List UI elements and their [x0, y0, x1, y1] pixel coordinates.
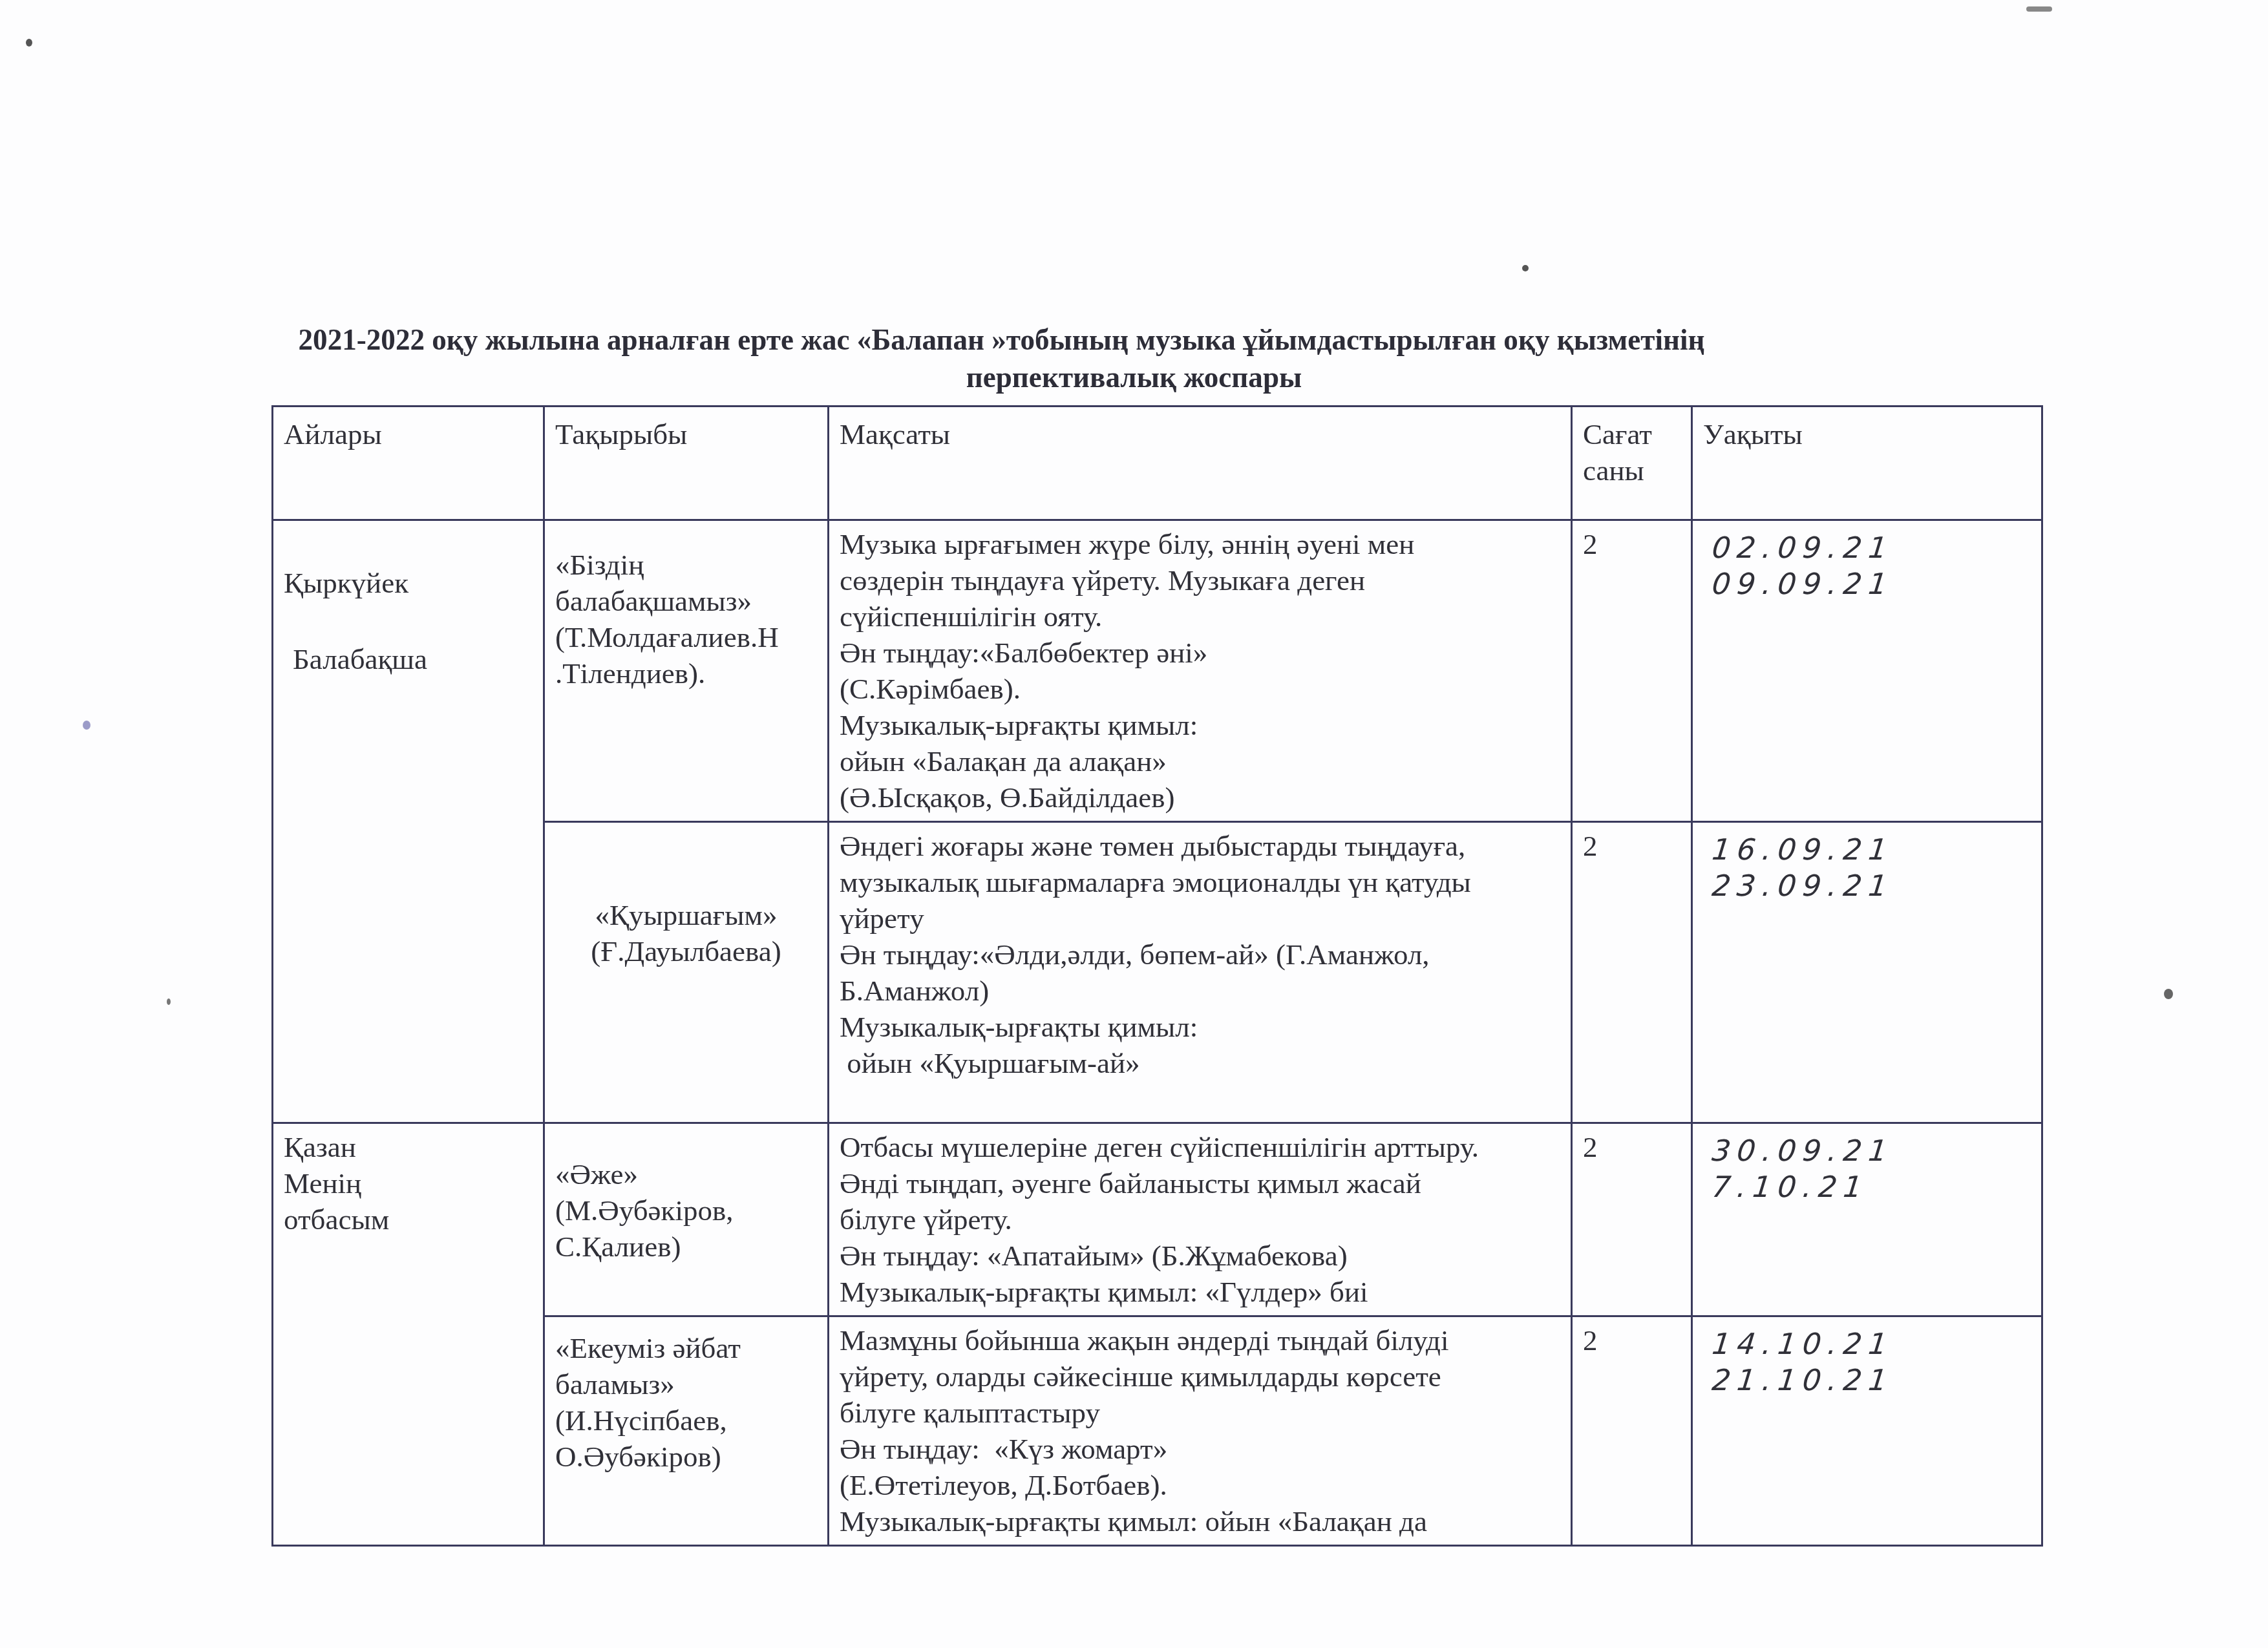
goal-line: Отбасы мүшелеріне деген сүйіспеншілігін … [840, 1129, 1560, 1165]
topic-line: С.Қалиев) [555, 1229, 817, 1265]
goal-line: үйрету, оларды сәйкесінше қимылдарды көр… [840, 1358, 1560, 1395]
topic-line: балабақшамыз» [555, 583, 817, 619]
date-entry: 14.10.21 [1710, 1326, 2033, 1362]
month-theme-line1: Менің [284, 1165, 533, 1201]
header-time: Уақыты [1692, 407, 2042, 520]
header-hours-line2: саны [1583, 452, 1680, 489]
topic-cell: «Қуыршағым» (Ғ.Дауылбаева) [544, 822, 829, 1123]
hours-cell: 2 [1572, 1316, 1692, 1546]
goal-line: білуге үйрету. [840, 1201, 1560, 1238]
header-topic: Тақырыбы [544, 407, 829, 520]
handwritten-dates: 02.09.21 09.09.21 [1692, 520, 2042, 822]
date-entry: 7.10.21 [1710, 1169, 2033, 1205]
header-months: Айлары [273, 407, 544, 520]
topic-cell: «Біздің балабақшамыз» (Т.Молдағалиев.Н .… [544, 520, 829, 822]
date-entry: 16.09.21 [1710, 832, 2033, 868]
table-row: Қыркүйек Балабақша «Біздің балабақшамыз»… [273, 520, 2042, 822]
goal-line: Ән тыңдау:«Балбөбектер әні» [840, 635, 1560, 671]
goal-cell: Мазмұны бойынша жақын әндерді тыңдай біл… [829, 1316, 1572, 1546]
topic-line: (Т.Молдағалиев.Н [555, 619, 817, 655]
date-entry: 30.09.21 [1710, 1133, 2033, 1169]
goal-cell: Музыка ырғағымен жүре білу, әннің әуені … [829, 520, 1572, 822]
goal-cell: Әндегі жоғары және төмен дыбыстарды тыңд… [829, 822, 1572, 1123]
hours-cell: 2 [1572, 822, 1692, 1123]
header-goal: Мақсаты [829, 407, 1572, 520]
month-theme-line2: отбасым [284, 1201, 533, 1238]
topic-line: (М.Әубәкіров, [555, 1192, 817, 1229]
topic-line: О.Әубәкіров) [555, 1439, 817, 1475]
handwritten-dates: 16.09.21 23.09.21 [1692, 822, 2042, 1123]
topic-line: .Тілендиев). [555, 655, 817, 692]
month-cell-october: Қазан Менің отбасым [273, 1123, 544, 1546]
scan-speck [2164, 989, 2173, 999]
month-name: Қыркүйек [284, 565, 533, 601]
topic-line: «Қуыршағым» [555, 897, 817, 933]
plan-table: Айлары Тақырыбы Мақсаты Сағат саны Уақыт… [271, 405, 2043, 1547]
scan-speck [83, 721, 90, 730]
scan-speck [1522, 265, 1529, 271]
scan-speck [26, 39, 32, 47]
goal-cell: Отбасы мүшелеріне деген сүйіспеншілігін … [829, 1123, 1572, 1316]
goal-line: білуге қалыптастыру [840, 1395, 1560, 1431]
month-name: Қазан [284, 1129, 533, 1165]
document-title-line1: 2021-2022 оқу жылына арналған ерте жас «… [0, 322, 2090, 358]
goal-line: сөздерін тыңдауға үйрету. Музыкаға деген [840, 562, 1560, 598]
goal-line: Б.Аманжол) [840, 973, 1560, 1009]
date-entry: 09.09.21 [1710, 566, 2033, 602]
goal-line: Ән тыңдау: «Күз жомарт» [840, 1431, 1560, 1467]
document-title-line2: перпективалық жоспары [45, 359, 2223, 396]
header-hours: Сағат саны [1572, 407, 1692, 520]
goal-line: Музыкалық-ырғақты қимыл: «Гүлдер» биі [840, 1274, 1560, 1310]
topic-line: «Екеуміз әйбат [555, 1330, 817, 1366]
goal-line: Әндегі жоғары және төмен дыбыстарды тыңд… [840, 828, 1560, 864]
goal-line: (С.Кәрімбаев). [840, 671, 1560, 707]
topic-cell: «Әже» (М.Әубәкіров, С.Қалиев) [544, 1123, 829, 1316]
goal-line: Әнді тыңдап, әуенге байланысты қимыл жас… [840, 1165, 1560, 1201]
date-entry: 23.09.21 [1710, 868, 2033, 904]
hours-cell: 2 [1572, 520, 1692, 822]
goal-line: (Ә.Ысқақов, Ө.Байділдаев) [840, 779, 1560, 816]
topic-line: (И.Нүсіпбаев, [555, 1402, 817, 1439]
date-entry: 02.09.21 [1710, 530, 2033, 566]
topic-line: «Әже» [555, 1156, 817, 1192]
goal-line: (Е.Өтетілеуов, Д.Ботбаев). [840, 1467, 1560, 1503]
table-row: Қазан Менің отбасым «Әже» (М.Әубәкіров, … [273, 1123, 2042, 1316]
scan-speck [167, 998, 171, 1005]
goal-line: музыкалық шығармаларға эмоционалды үн қа… [840, 864, 1560, 900]
month-cell-september: Қыркүйек Балабақша [273, 520, 544, 1123]
topic-line: (Ғ.Дауылбаева) [555, 933, 817, 969]
table-header-row: Айлары Тақырыбы Мақсаты Сағат саны Уақыт… [273, 407, 2042, 520]
goal-line: Мазмұны бойынша жақын әндерді тыңдай біл… [840, 1322, 1560, 1358]
goal-line: Ән тыңдау: «Апатайым» (Б.Жұмабекова) [840, 1238, 1560, 1274]
date-entry: 21.10.21 [1710, 1362, 2033, 1399]
goal-line: Музыкалық-ырғақты қимыл: ойын «Балақан д… [840, 1503, 1560, 1539]
handwritten-dates: 14.10.21 21.10.21 [1692, 1316, 2042, 1546]
scan-speck [2026, 6, 2052, 12]
goal-line: үйрету [840, 900, 1560, 936]
hours-cell: 2 [1572, 1123, 1692, 1316]
handwritten-dates: 30.09.21 7.10.21 [1692, 1123, 2042, 1316]
goal-line: Музыка ырғағымен жүре білу, әннің әуені … [840, 526, 1560, 562]
topic-cell: «Екеуміз әйбат баламыз» (И.Нүсіпбаев, О.… [544, 1316, 829, 1546]
goal-line: ойын «Балақан да алақан» [840, 743, 1560, 779]
goal-line: ойын «Қуыршағым-ай» [840, 1045, 1560, 1081]
topic-line: «Біздің [555, 547, 817, 583]
topic-line: баламыз» [555, 1366, 817, 1402]
goal-line: Музыкалық-ырғақты қимыл: [840, 707, 1560, 743]
goal-line: Музыкалық-ырғақты қимыл: [840, 1009, 1560, 1045]
month-theme: Балабақша [284, 641, 533, 677]
goal-line: сүйіспеншілігін ояту. [840, 598, 1560, 635]
goal-line: Ән тыңдау:«Әлди,әлди, бөпем-ай» (Г.Аманж… [840, 936, 1560, 973]
header-hours-line1: Сағат [1583, 416, 1680, 452]
